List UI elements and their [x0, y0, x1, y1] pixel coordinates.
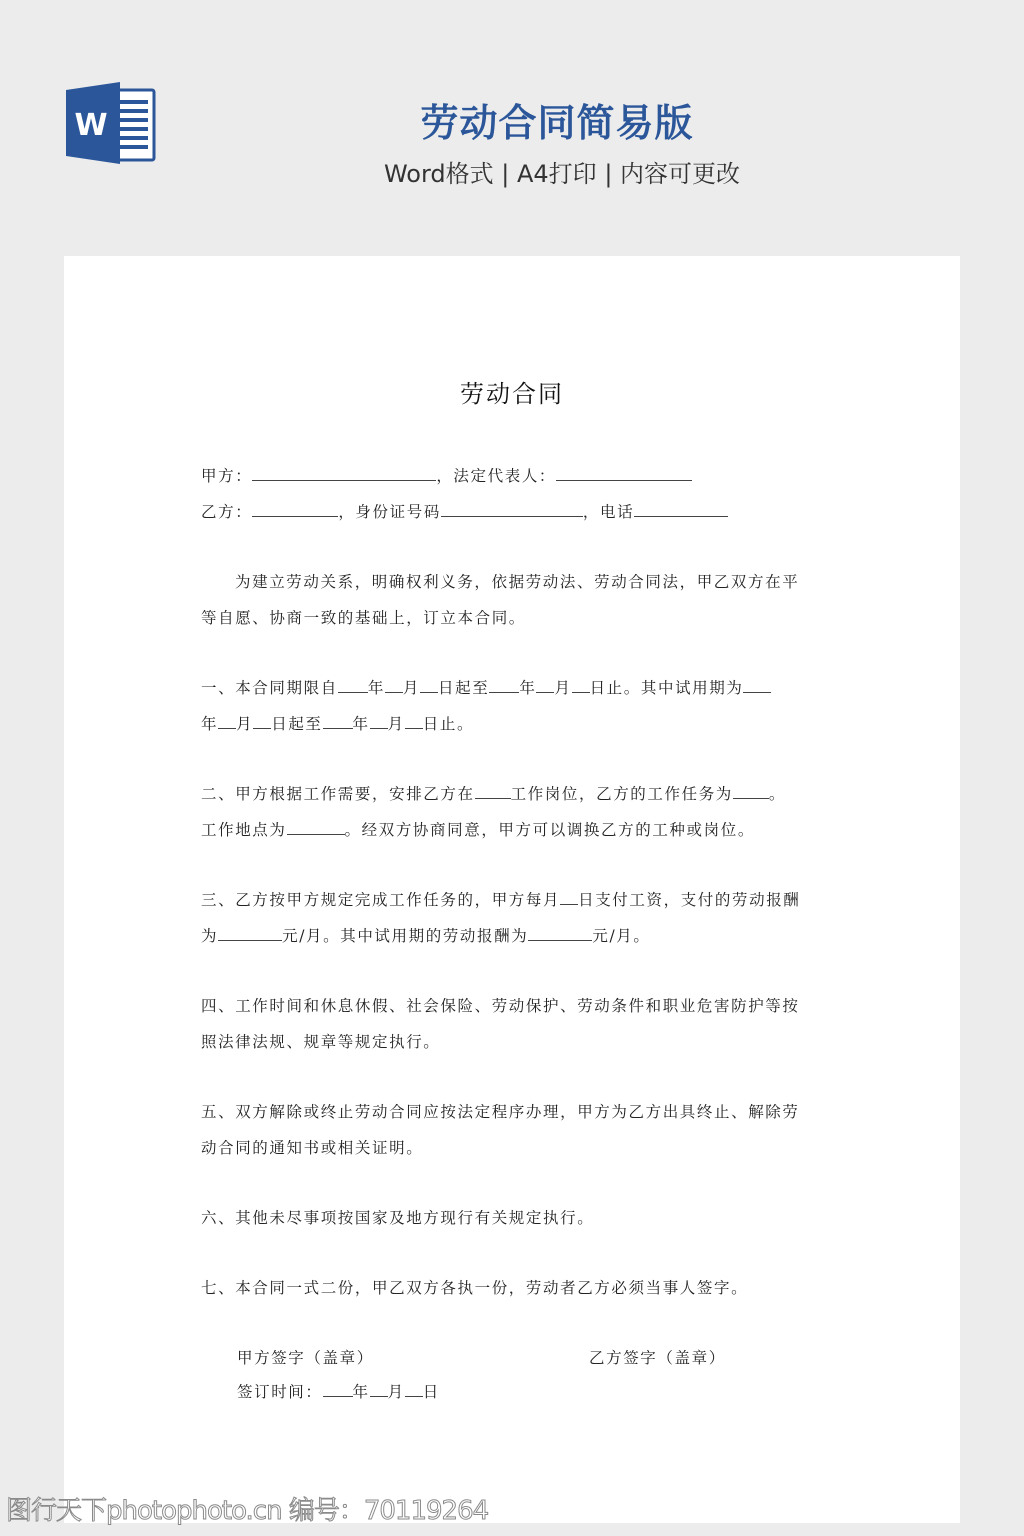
clause-2-line-1: 二、甲方根据工作需要，安排乙方在工作岗位，乙方的工作任务为。	[201, 784, 786, 804]
clause-2-line-2: 工作地点为。经双方协商同意，甲方可以调换乙方的工种或岗位。	[201, 820, 755, 840]
clause-5-line-1: 五、双方解除或终止劳动合同应按法定程序办理，甲方为乙方出具终止、解除劳	[201, 1102, 800, 1122]
end-year-field[interactable]	[489, 678, 519, 693]
clause-3-line-1: 三、乙方按甲方规定完成工作任务的，甲方每月日支付工资，支付的劳动报酬	[201, 890, 800, 910]
start-day-field[interactable]	[420, 678, 438, 693]
position-field[interactable]	[475, 784, 511, 799]
probation-end-year-field[interactable]	[323, 714, 353, 729]
end-month-field[interactable]	[536, 678, 554, 693]
clause-4-line-1: 四、工作时间和休息休假、社会保险、劳动保护、劳动条件和职业危害防护等按	[201, 996, 800, 1016]
probation-salary-field[interactable]	[528, 926, 592, 941]
party-a-name-field[interactable]	[252, 466, 436, 481]
page-title: 劳动合同简易版	[0, 92, 1024, 147]
probation-end-day-field[interactable]	[405, 714, 423, 729]
party-b-line: 乙方：，身份证号码，电话	[201, 502, 728, 522]
probation-start-year-field[interactable]	[743, 678, 771, 693]
clause-1-line-1: 一、本合同期限自年月日起至年月日止。其中试用期为	[201, 678, 771, 698]
legal-representative-field[interactable]	[556, 466, 692, 481]
task-field[interactable]	[733, 784, 769, 799]
phone-field[interactable]	[634, 502, 728, 517]
watermark: 图行天下photophoto.cn 编号：70119264	[6, 1490, 488, 1527]
sign-month-field[interactable]	[370, 1382, 388, 1397]
probation-start-month-field[interactable]	[218, 714, 236, 729]
id-number-field[interactable]	[441, 502, 583, 517]
start-month-field[interactable]	[385, 678, 403, 693]
intro-line-2: 等自愿、协商一致的基础上，订立本合同。	[201, 608, 526, 628]
sign-year-field[interactable]	[323, 1382, 353, 1397]
party-a-line: 甲方：，法定代表人：	[201, 466, 692, 486]
work-location-field[interactable]	[287, 820, 345, 835]
probation-start-day-field[interactable]	[253, 714, 271, 729]
clause-7: 七、本合同一式二份，甲乙双方各执一份，劳动者乙方必须当事人签字。	[201, 1278, 748, 1298]
party-a-signature: 甲方签字（盖章）	[237, 1348, 374, 1368]
start-year-field[interactable]	[338, 678, 368, 693]
clause-6: 六、其他未尽事项按国家及地方现行有关规定执行。	[201, 1208, 594, 1228]
clause-5-line-2: 动合同的通知书或相关证明。	[201, 1138, 423, 1158]
party-b-signature: 乙方签字（盖章）	[589, 1348, 726, 1368]
party-b-name-field[interactable]	[252, 502, 338, 517]
salary-field[interactable]	[218, 926, 282, 941]
page-subtitle: Word格式 | A4打印 | 内容可更改	[0, 154, 1024, 189]
document-title: 劳动合同	[64, 374, 960, 409]
clause-1-line-2: 年月日起至年月日止。	[201, 714, 474, 734]
end-day-field[interactable]	[572, 678, 590, 693]
intro-line-1: 为建立劳动关系，明确权利义务，依据劳动法、劳动合同法，甲乙双方在平	[235, 572, 799, 592]
sign-date-line: 签订时间：年月日	[237, 1382, 440, 1402]
sign-day-field[interactable]	[405, 1382, 423, 1397]
pay-day-field[interactable]	[560, 890, 578, 905]
clause-4-line-2: 照法律法规、规章等规定执行。	[201, 1032, 440, 1052]
probation-end-month-field[interactable]	[370, 714, 388, 729]
clause-3-line-2: 为元/月。其中试用期的劳动报酬为元/月。	[201, 926, 650, 946]
document-page: 劳动合同 甲方：，法定代表人： 乙方：，身份证号码，电话 为建立劳动关系，明确权…	[64, 256, 960, 1523]
